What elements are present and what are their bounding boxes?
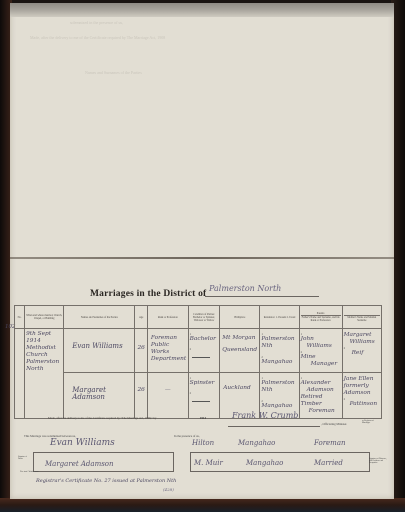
- page-fold-line: [10, 257, 394, 259]
- when-where-cell: 9th Sept 1914 Methodist Church Palmersto…: [25, 329, 64, 419]
- witness-1-place: Mangahao: [238, 439, 275, 447]
- officiating-minister-label: , Officiating Minister.: [321, 422, 347, 426]
- officiating-minister-note: or Registrar of Marriages: [362, 420, 382, 425]
- column-header: When and where married, Church, Chapel, …: [25, 306, 64, 329]
- witness-2-name: M. Muir: [194, 459, 223, 467]
- registrar-certificate-number: (428): [163, 487, 174, 492]
- bride-name-cell: Margaret Adamson: [64, 373, 135, 419]
- column-header: Condition of Parties: Bachelor or Spinst…: [188, 306, 220, 329]
- groom-age-cell: 26: [135, 329, 148, 373]
- presence-label: In the presence of us,: [174, 434, 200, 438]
- print-year: 1914: [200, 416, 206, 420]
- bride-mother-cell: Jane Ellen formerly Adamson 2 Pattinson: [342, 373, 381, 419]
- groom-father-cell: 1 John Williams 2 Mine Manager: [299, 329, 342, 373]
- number-cell: [15, 329, 25, 419]
- page-top-edge: [10, 3, 394, 17]
- column-header: Age: [135, 306, 148, 329]
- table-header-row: No. When and where married, Church, Chap…: [15, 306, 382, 329]
- column-header: Rank or Profession: [147, 306, 188, 329]
- column-header: Names and Surnames of the Parties: [64, 306, 135, 329]
- bride-father-cell: 1 Alexander Adamson Retired Timber Forem…: [299, 373, 342, 419]
- tiny-print-note: Here state Christian name: [20, 471, 39, 473]
- witness-1-occupation: Foreman: [314, 439, 346, 447]
- column-header: No.: [15, 306, 25, 329]
- groom-condition: Bachelor: [190, 336, 219, 343]
- witness-2-occupation: Married: [314, 459, 343, 467]
- groom-birthplace-cell: Mt Morgan Queensland: [220, 329, 260, 373]
- column-header: Parents Father's Name and Surname, and h…: [299, 306, 342, 329]
- bride-name: Margaret Adamson: [72, 387, 134, 401]
- bride-condition: Spinster: [190, 380, 219, 387]
- bride-signature: Margaret Adamson: [45, 460, 114, 468]
- register-heading: Marriages in the District of: [90, 289, 206, 299]
- certificate-notice: Made, after the delivery to me of the Ce…: [48, 416, 156, 420]
- table-row-groom: 9th Sept 1914 Methodist Church Palmersto…: [15, 329, 382, 373]
- registrar-certificate-note: Registrar's Certificate No. 27 issued at…: [36, 478, 176, 484]
- column-header: Mother's Name and Maiden Surname: [342, 306, 381, 329]
- groom-name-cell: Evan Williams: [64, 329, 135, 373]
- groom-mother-cell: Margaret Williams 2 Reif: [342, 329, 381, 373]
- witness-2-place: Mangahao: [246, 459, 283, 467]
- bride-age: 26: [135, 387, 147, 394]
- groom-name: Evan Williams: [72, 343, 134, 350]
- bleed-through-text: Names and Surnames of the Parties: [85, 70, 142, 75]
- column-header: Residence: 1. Present 2. Usual: [260, 306, 299, 329]
- bride-age-cell: 26: [135, 373, 148, 419]
- book-binding-bottom: [0, 498, 405, 512]
- witness-1-name: Hilton: [192, 439, 214, 447]
- groom-rank-cell: Foreman Public Works Department: [147, 329, 188, 373]
- bleed-through-text: Made, after the delivery to me of the Ce…: [30, 35, 165, 40]
- groom-age: 26: [135, 345, 147, 352]
- bride-condition-cell: 1 Spinster 2: [188, 373, 220, 419]
- witnesses-side-label: Signatures of Witnesses, with Residence …: [369, 458, 389, 465]
- bleed-through-text: solemnized in the presence of us,: [70, 20, 123, 25]
- parties-side-label: Signature of Parties: [18, 456, 30, 460]
- table-row-bride: Margaret Adamson 26 — 1 Spinster 2 Auckl…: [15, 373, 382, 419]
- district-name: Palmerston North: [205, 284, 319, 297]
- column-header: Birthplace: [220, 306, 260, 329]
- marriage-register-table: No. When and where married, Church, Chap…: [14, 305, 382, 419]
- signature-line: [228, 426, 320, 427]
- officiating-minister-signature: Frank W. Crumb: [232, 411, 298, 420]
- groom-signature: Evan Williams: [50, 438, 115, 448]
- bride-rank-cell: —: [147, 373, 188, 419]
- groom-residence-cell: 1 Palmerston Nth 2 Mangahao: [260, 329, 299, 373]
- groom-condition-cell: 1 Bachelor 2: [188, 329, 220, 373]
